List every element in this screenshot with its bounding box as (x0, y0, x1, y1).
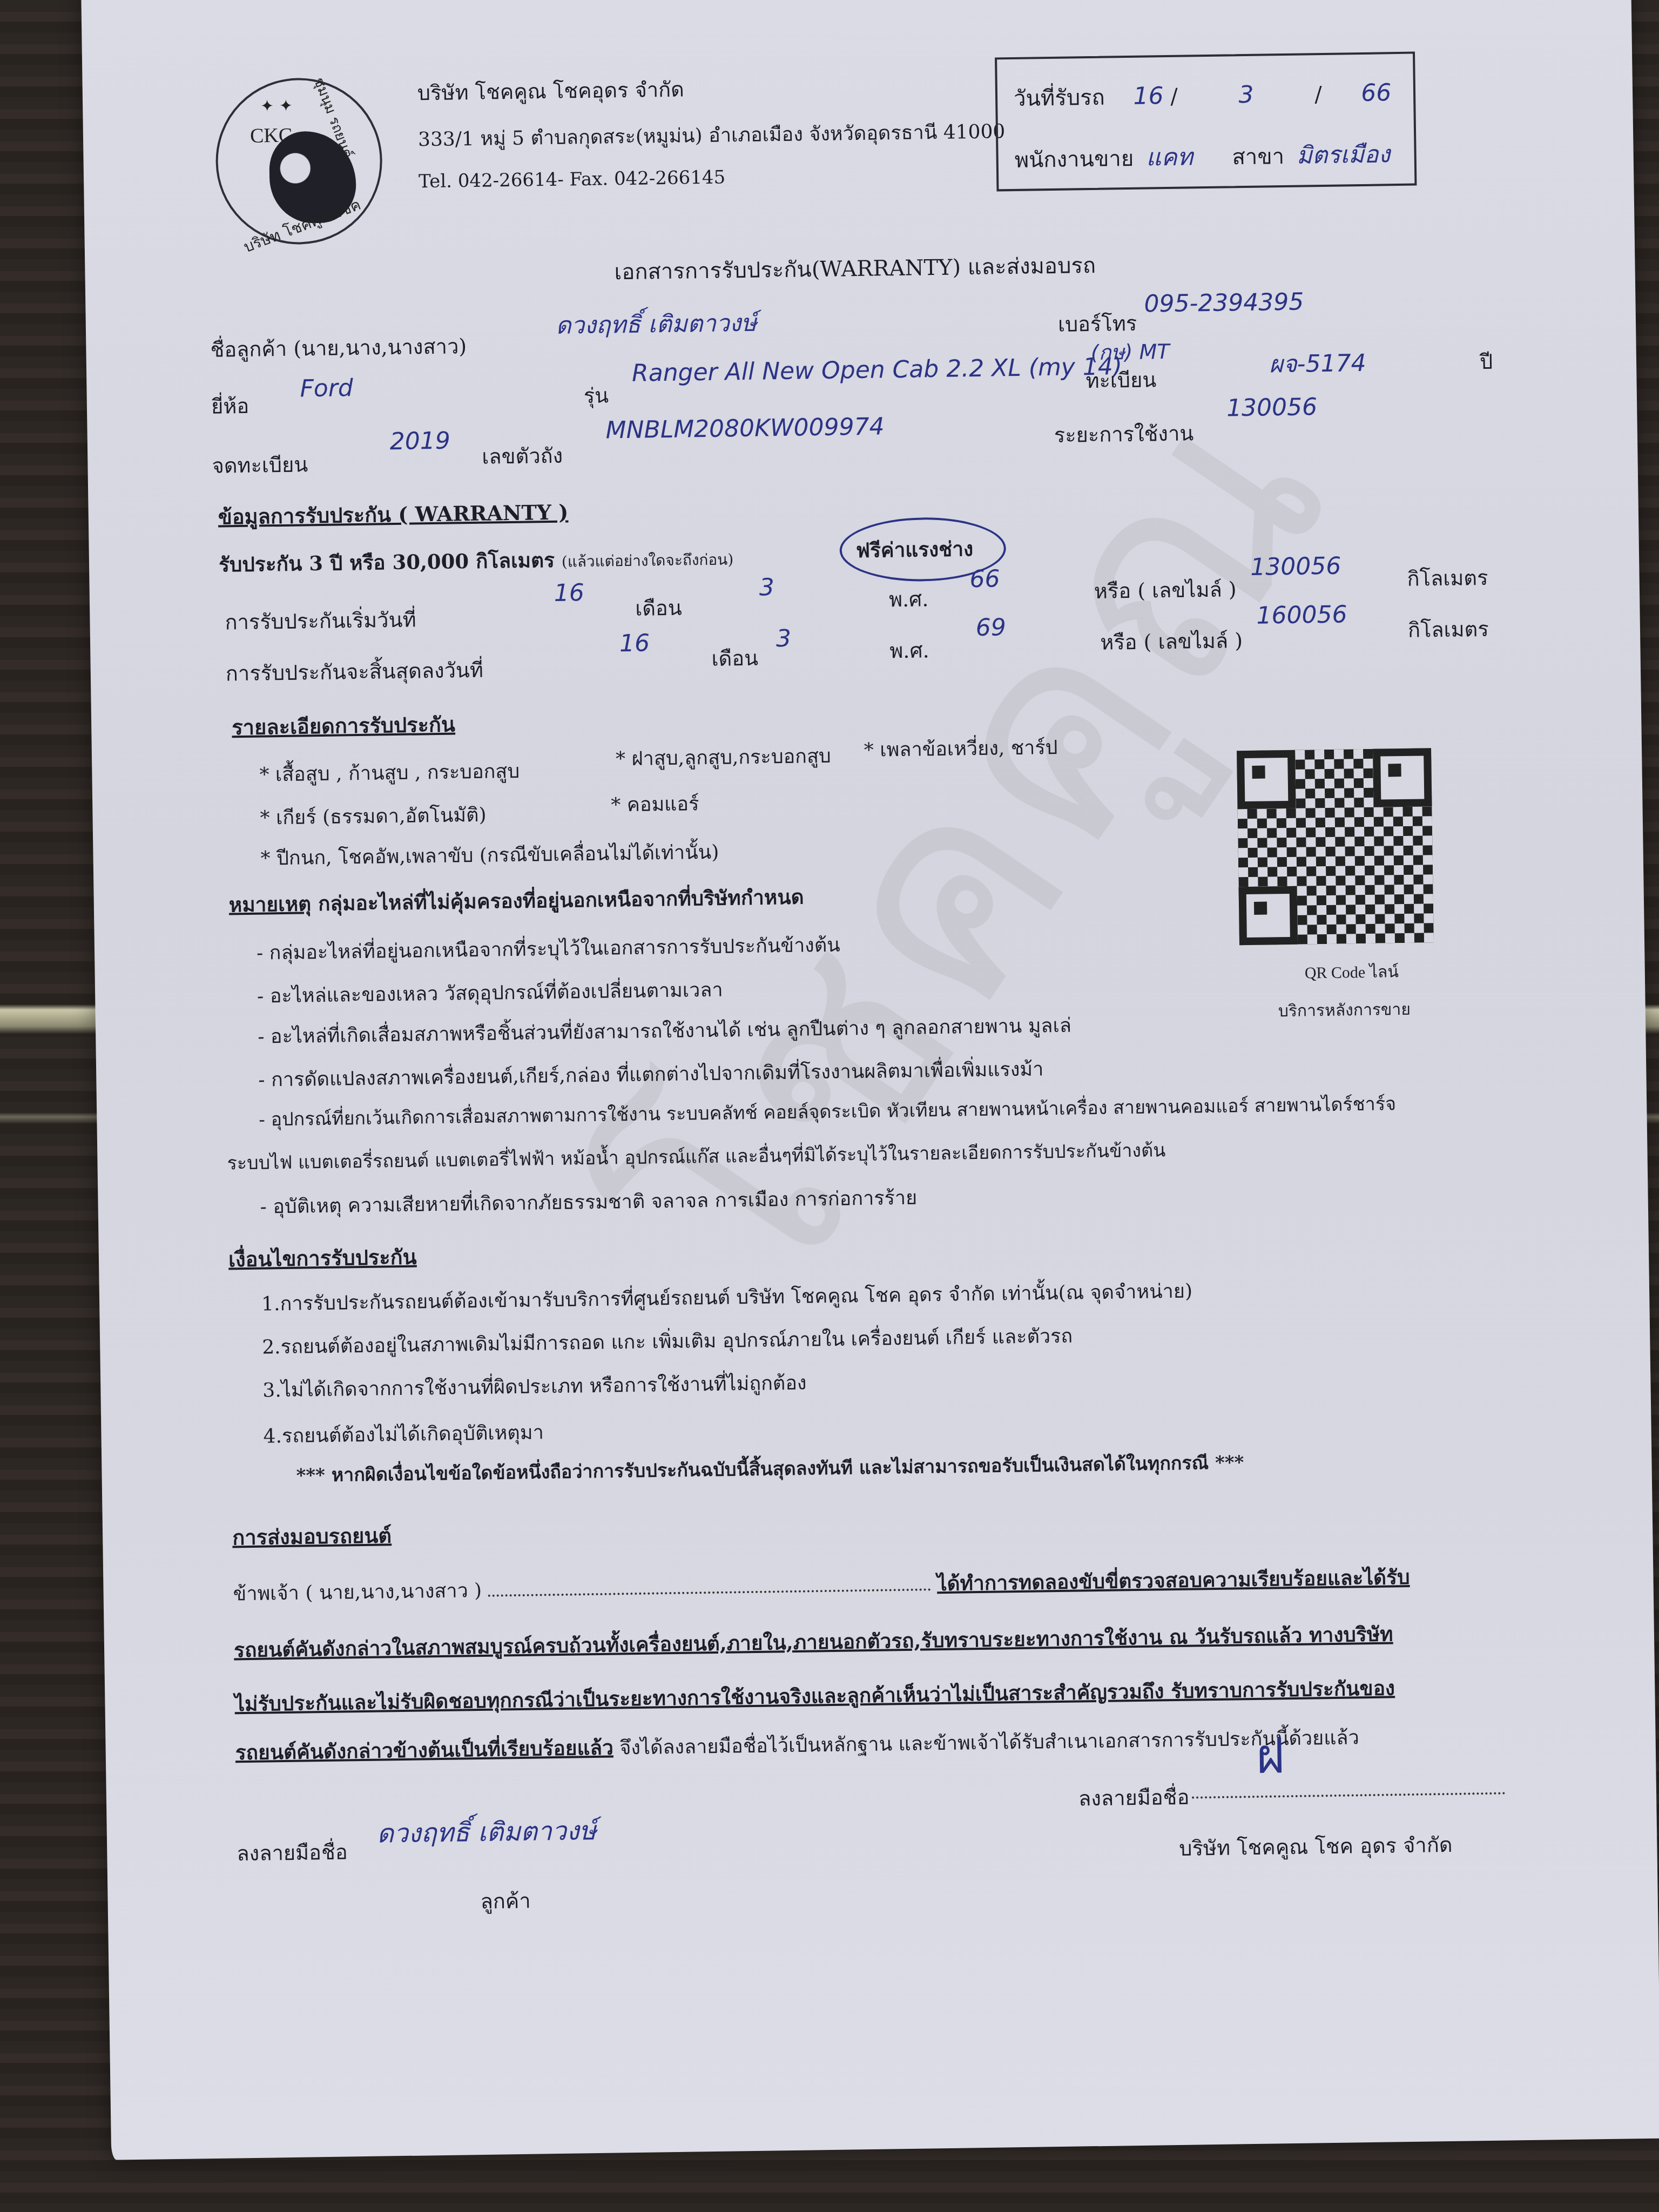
model-label: รุ่น (583, 379, 609, 412)
qr-caption-service: บริการหลังการขาย (1278, 997, 1411, 1024)
brand-value[interactable]: Ford (300, 374, 353, 402)
warranty-end-year[interactable]: 69 (975, 613, 1006, 642)
warranty-end-mileage[interactable]: 160056 (1256, 601, 1347, 629)
conditions-heading: เงื่อนไขการรับประกัน (228, 1240, 417, 1276)
delivery-line-4: รถยนต์คันดังกล่าวข้างต้นเป็นที่เรียบร้อย… (235, 1721, 1359, 1769)
warranty-document: โชคคูณ ✦ ✦ CKC ชุมนุม รถยนต์ บริษัท โชคค… (81, 0, 1659, 2160)
warranty-end-month[interactable]: 3 (776, 625, 792, 652)
qr-code[interactable] (1237, 748, 1434, 945)
end-mileage-label: หรือ ( เลขไมล์ ) (1100, 624, 1243, 659)
warranty-terms: รับประกัน 3 ปี หรือ 30,000 กิโลเมตร (แล้… (219, 542, 734, 581)
qr-finder (1373, 748, 1432, 807)
vin-value[interactable]: MNBLM2080KW009974 (605, 413, 885, 444)
warranty-terms-main: รับประกัน 3 ปี หรือ 30,000 กิโลเมตร (219, 548, 555, 577)
notes-heading-label: หมายเหตุ (229, 892, 312, 916)
warranty-start-mileage[interactable]: 130056 (1250, 552, 1341, 581)
delivery-line4-underlined: รถยนต์คันดังกล่าวข้างต้นเป็นที่เรียบร้อย… (235, 1736, 613, 1765)
plate-value[interactable]: ผจ-5174 (1269, 344, 1366, 383)
delivery-name-blank[interactable] (488, 1569, 930, 1596)
detail-item: * เสื้อสูบ , ก้านสูบ , กระบอกสูบ (259, 756, 520, 790)
document-title: เอกสารการรับประกัน(WARRANTY) และส่งมอบรถ (614, 248, 1096, 289)
receive-date-row: วันที่รับรถ 16 / 3 / 66 (1014, 76, 1392, 116)
salesperson-row: พนักงานขาย แคท สาขา มิตรเมือง (1014, 135, 1390, 178)
warranty-terms-note: (แล้วแต่อย่างใดจะถึงก่อน) (562, 550, 734, 570)
reg-year-value[interactable]: 2019 (390, 427, 451, 456)
salesperson-value[interactable]: แคท (1146, 143, 1193, 171)
star-icon: ✦ ✦ (260, 97, 293, 116)
company-role: บริษัท โชคคูณ โชค อุดร จำกัด (1179, 1828, 1453, 1865)
warranty-heading: ข้อมูลการรับประกัน ( WARRANTY ) (218, 496, 568, 534)
customer-sign-label: ลงลายมือชื่อ (237, 1835, 348, 1870)
detail-item: * เกียร์ (ธรรมดา,อัตโนมัติ) (260, 799, 487, 833)
details-heading: รายละเอียดการรับประกัน (232, 707, 455, 744)
detail-item: * คอมแอร์ (611, 788, 699, 820)
qr-caption-line: QR Code ไลน์ (1304, 959, 1399, 986)
end-year-label: พ.ศ. (889, 633, 929, 667)
delivery-line4-rest: จึงได้ลงลายมือชื่อไว้เป็นหลักฐาน และข้าพ… (619, 1727, 1359, 1759)
warranty-start-year[interactable]: 66 (969, 565, 1000, 593)
detail-item: * ปีกนก, โชคอัพ,เพลาขับ (กรณีขับเคลื่อนไ… (260, 837, 719, 874)
end-km-label: กิโลเมตร (1408, 612, 1489, 646)
warranty-start-month[interactable]: 3 (759, 574, 774, 601)
detail-item: * ฝาสูบ,ลูกสูบ,กระบอกสูบ (616, 740, 831, 774)
delivery-line1-suffix: ได้ทำการทดลองขับขี่ตรวจสอบความเรียบร้อยแ… (937, 1565, 1410, 1595)
condition-item: 3.ไม่ได้เกิดจากการใช้งานที่ผิดประเภท หรื… (262, 1367, 807, 1406)
qr-finder (1237, 750, 1296, 809)
delivery-heading: การส่งมอบรถยนต์ (232, 1519, 392, 1554)
branch-value[interactable]: มิตรเมือง (1296, 140, 1390, 169)
plate-suffix: ปี (1480, 345, 1493, 378)
branch-label: สาขา (1232, 144, 1284, 170)
company-logo: ✦ ✦ CKC ชุมนุม รถยนต์ บริษัท โชคคูณโชค (214, 77, 383, 245)
delivery-line-2: รถยนต์คันดังกล่าวในสภาพสมบูรณ์ครบถ้วนทั้… (234, 1618, 1393, 1666)
customer-name-value[interactable]: ดวงฤทธิ์ เติมตาวงษ์ (555, 304, 757, 345)
company-address: 333/1 หมู่ 5 ตำบลกุดสระ(หมูม่น) อำเภอเมื… (418, 116, 1006, 154)
warranty-start-label: การรับประกันเริ่มวันที่ (225, 603, 416, 638)
condition-item: 1.การรับประกันรถยนต์ต้องเข้ามารับบริการท… (261, 1276, 1193, 1319)
vin-label: เลขตัวถัง (482, 439, 563, 473)
mileage-value[interactable]: 130056 (1226, 393, 1318, 422)
conditions-warning: *** หากผิดเงื่อนไขข้อใดข้อหนึ่งถือว่าการ… (296, 1447, 1244, 1489)
company-sign-line (1192, 1792, 1505, 1799)
mileage-label: ระยะการใช้งาน (1054, 416, 1193, 451)
delivery-line-1: ข้าพเจ้า ( นาย,นาง,นางสาว ) ได้ทำการทดลอ… (233, 1561, 1410, 1609)
receive-date-month[interactable]: 3 (1238, 81, 1254, 109)
condition-item: 4.รถยนต์ต้องไม่ได้เกิดอุบัติเหตุมา (263, 1417, 544, 1451)
note-item: - อะไหล่และของเหลว วัสดุอุปกรณ์ที่ต้องเป… (257, 974, 723, 1011)
company-signature[interactable]: ฝ (1256, 1717, 1285, 1795)
salesperson-label: พนักงานขาย (1014, 146, 1134, 173)
customer-signature[interactable]: ดวงฤทธิ์ เติมตาวงษ์ (376, 1810, 596, 1854)
phone-value[interactable]: 095-2394395 (1144, 288, 1304, 318)
detail-item: * เพลาข้อเหวี่ยง, ชาร์ป (864, 732, 1058, 765)
reg-year-label: จดทะเบียน (212, 448, 308, 482)
warranty-start-day[interactable]: 16 (554, 579, 584, 607)
start-year-label: พ.ศ. (889, 582, 929, 616)
customer-role: ลูกค้า (480, 1884, 531, 1918)
end-month-label: เดือน (711, 642, 758, 675)
free-labor-text: ฟรีค่าแรงช่าง (855, 533, 973, 567)
notes-heading-rest: กลุ่มอะไหล่ที่ไม่คุ้มครองที่อยู่นอกเหนือ… (318, 885, 804, 916)
delivery-line1-prefix: ข้าพเจ้า ( นาย,นาง,นางสาว ) (233, 1580, 482, 1605)
receipt-box: วันที่รับรถ 16 / 3 / 66 พนักงานขาย แคท ส… (995, 52, 1417, 192)
delivery-line-3: ไม่รับประกันและไม่รับผิดชอบทุกกรณีว่าเป็… (234, 1672, 1395, 1720)
customer-name-label: ชื่อลูกค้า (นาย,นาง,นางสาว) (210, 329, 467, 366)
receive-date-label: วันที่รับรถ (1014, 85, 1105, 111)
condition-item: 2.รถยนต์ต้องอยู่ในสภาพเดิมไม่มีการถอด แก… (262, 1320, 1073, 1363)
qr-finder (1239, 886, 1298, 945)
company-name: บริษัท โชคคูณ โชคอุดร จำกัด (417, 72, 684, 109)
receive-date-year[interactable]: 66 (1361, 79, 1392, 107)
start-month-label: เดือน (635, 591, 682, 625)
warranty-end-day[interactable]: 16 (619, 629, 650, 657)
start-mileage-label: หรือ ( เลขไมล์ ) (1094, 572, 1237, 608)
start-km-label: กิโลเมตร (1407, 561, 1488, 595)
receive-date-day[interactable]: 16 (1133, 82, 1164, 110)
plate-label: ทะเบียน (1085, 363, 1157, 397)
warranty-end-label: การรับประกันจะสิ้นสุดลงวันที่ (225, 653, 483, 690)
company-contact: Tel. 042-26614- Fax. 042-266145 (419, 166, 726, 192)
company-sign-label: ลงลายมือชื่อ (1078, 1781, 1190, 1815)
brand-label: ยี่ห้อ (211, 389, 249, 423)
